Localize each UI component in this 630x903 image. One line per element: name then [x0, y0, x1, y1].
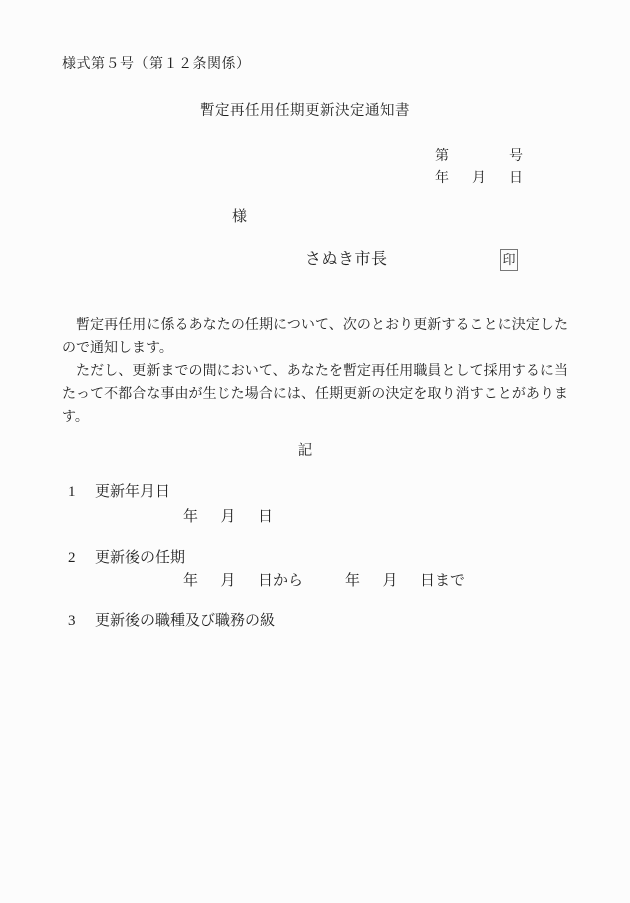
item-2-from-month-label: 月 [220, 573, 235, 590]
date-month-label: 月 [472, 168, 486, 190]
item-2-label: 更新後の任期 [95, 550, 185, 566]
item-2-to-month-label: 月 [382, 573, 397, 590]
item-1: 1更新年月日 [62, 484, 170, 501]
item-2-from-year-label: 年 [183, 573, 198, 590]
item-2: 2更新後の任期 [62, 550, 185, 567]
item-2-date-from-fields: 年 月 日から [183, 573, 303, 590]
item-1-month-label: 月 [220, 509, 235, 526]
item-3: 3更新後の職種及び職務の級 [62, 613, 275, 630]
record-marker: 記 [42, 443, 568, 460]
seal-label: 印 [502, 253, 515, 268]
body-paragraph-1: 暫定再任用に係るあなたの任期について、次のとおり更新することに決定したので通知し… [62, 314, 568, 360]
document-date-line: 年 月 日 [435, 168, 523, 190]
document-number-line: 第 号 [435, 146, 523, 168]
item-3-label: 更新後の職種及び職務の級 [95, 613, 275, 629]
item-1-number: 1 [62, 484, 95, 501]
date-year-label: 年 [435, 168, 449, 190]
sender-name: さぬき市長 [305, 251, 388, 269]
date-day-label: 日 [509, 168, 523, 190]
item-1-day-label: 日 [258, 509, 273, 526]
document-meta-block: 第 号 年 月 日 [435, 146, 523, 190]
item-2-to-year-label: 年 [345, 573, 360, 590]
body-text: 暫定再任用に係るあなたの任期について、次のとおり更新することに決定したので通知し… [62, 314, 568, 429]
item-2-date-to-fields: 年 月 日まで [345, 573, 465, 590]
form-number: 様式第５号（第１２条関係） [62, 57, 251, 73]
item-2-from-day-label: 日から [258, 573, 303, 590]
page-title: 暫定再任用任期更新決定通知書 [42, 103, 568, 120]
document-page: 様式第５号（第１２条関係） 暫定再任用任期更新決定通知書 第 号 年 月 日 様… [0, 0, 630, 903]
document-number-prefix: 第 [435, 146, 449, 168]
item-2-number: 2 [62, 550, 95, 567]
item-3-number: 3 [62, 613, 95, 630]
item-1-label: 更新年月日 [95, 484, 170, 500]
item-1-date-fields: 年 月 日 [183, 509, 273, 526]
seal-box: 印 [500, 249, 518, 271]
addressee-honorific: 様 [232, 209, 247, 226]
body-paragraph-2: ただし、更新までの間において、あなたを暫定再任用職員として採用するに当たって不都… [62, 360, 568, 429]
item-1-year-label: 年 [183, 509, 198, 526]
document-number-suffix: 号 [509, 146, 523, 168]
item-2-to-day-label: 日まで [420, 573, 465, 590]
